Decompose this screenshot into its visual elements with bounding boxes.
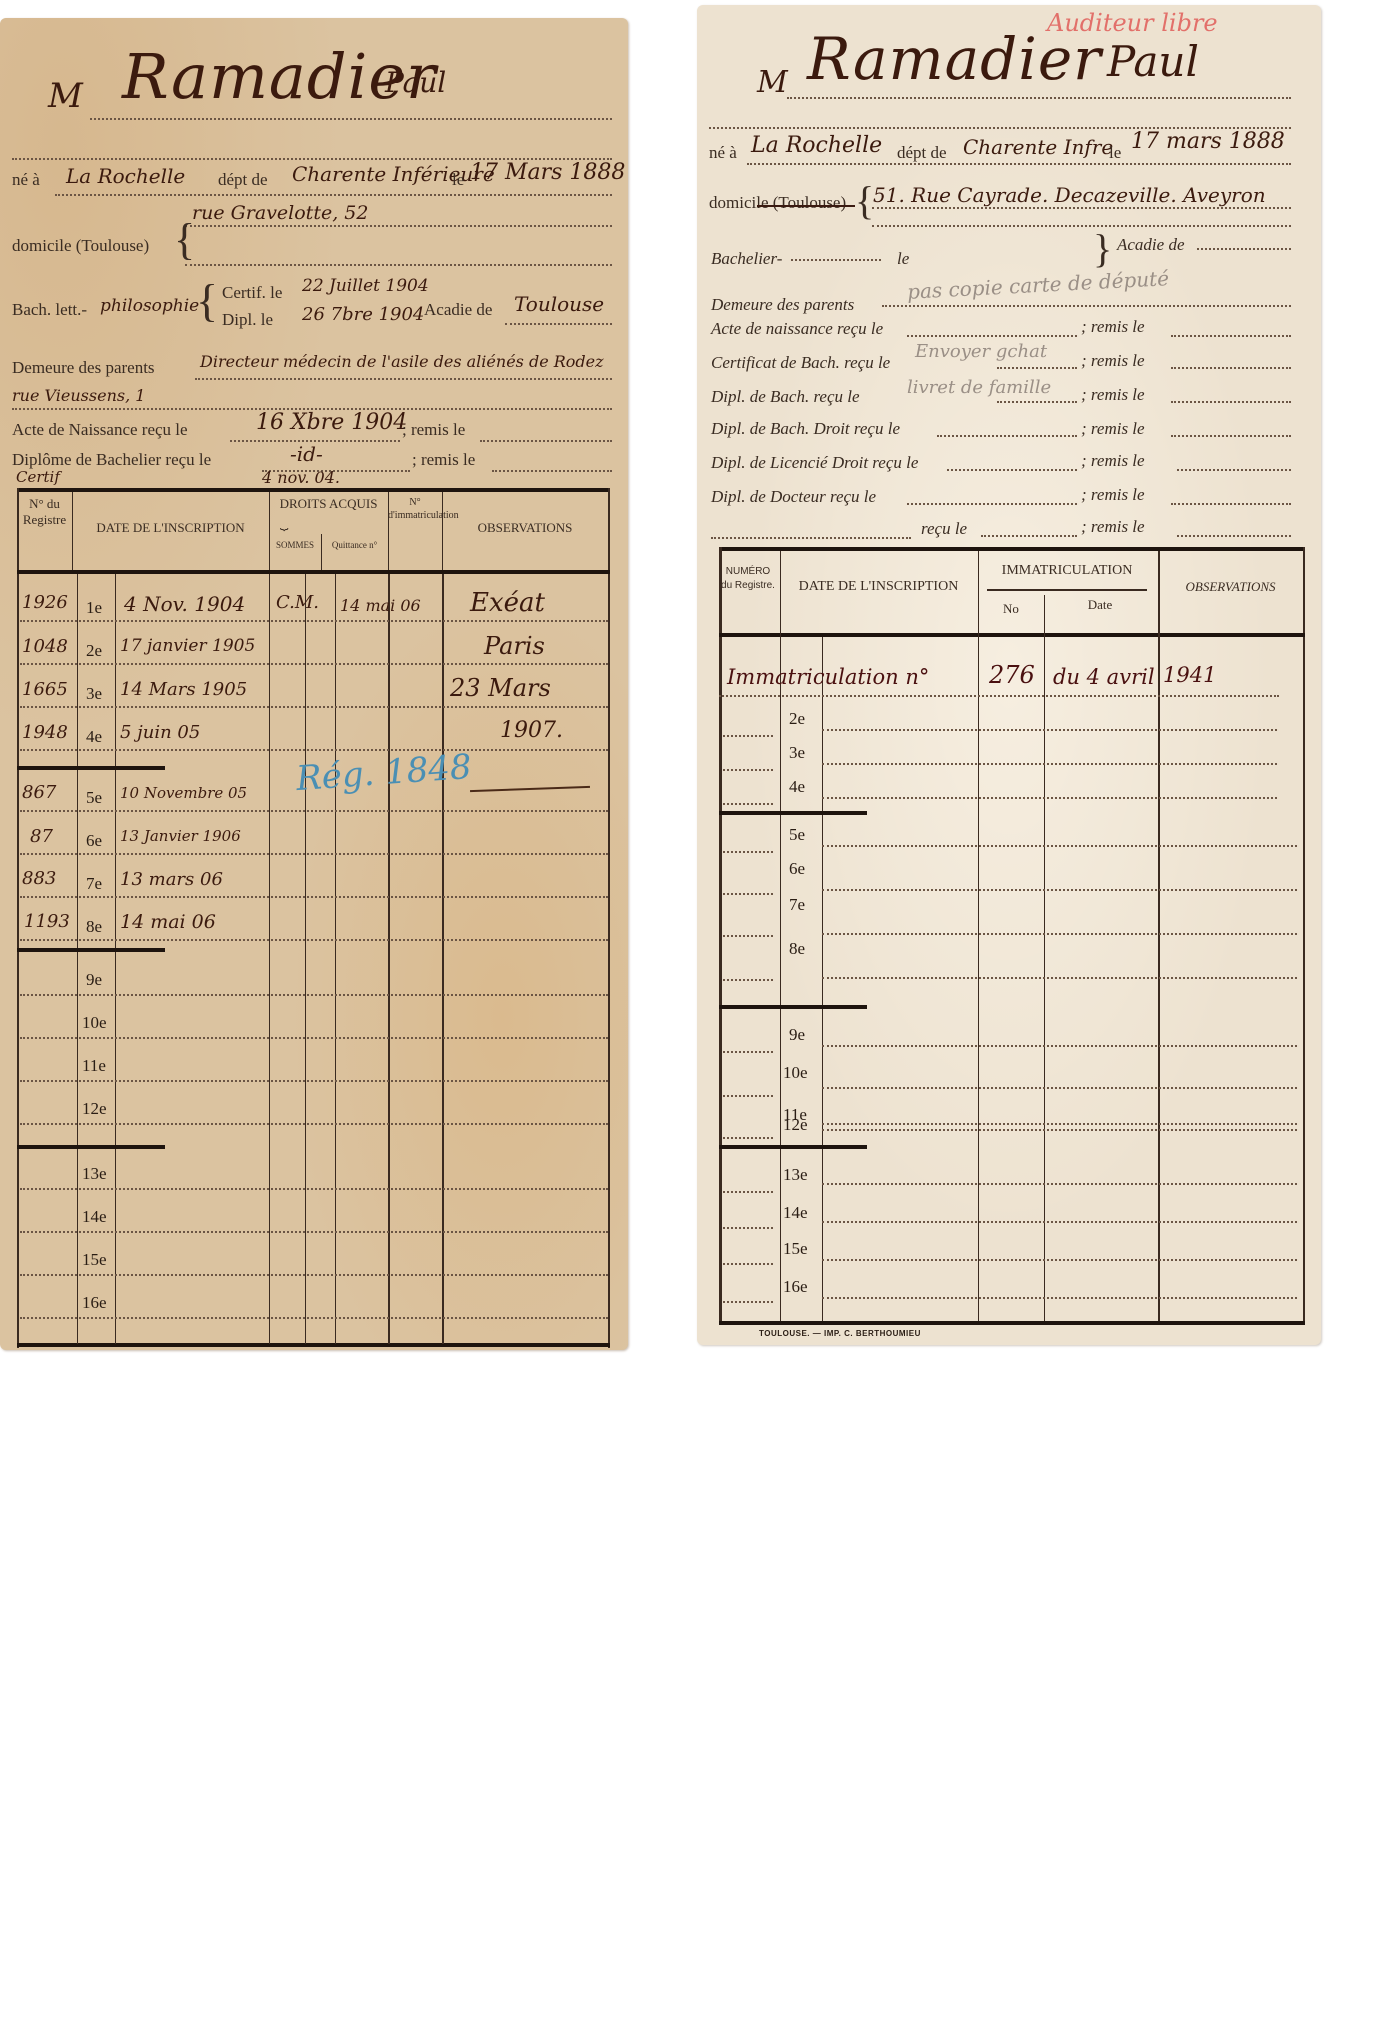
domicile-value: 51. Rue Cayrade. Decazeville. Aveyron [873, 183, 1266, 207]
registre-cell: 1193 [24, 911, 70, 932]
rank-cell: 14e [82, 1207, 107, 1227]
immatriculation-entry: Immatriculation n° [727, 665, 929, 689]
academie-value: Toulouse [514, 292, 604, 316]
rank-cell: 5e [86, 788, 102, 808]
rank-cell: 7e [789, 895, 805, 915]
parents-label: Demeure des parents [12, 358, 155, 378]
rank-cell: 11e [82, 1056, 106, 1076]
acte-remis-label: ; remis le [402, 420, 465, 440]
field-remis: ; remis le [1081, 385, 1145, 405]
immatriculation-number: 276 [989, 661, 1035, 689]
squiggle-mark [470, 786, 590, 792]
dept-label: dépt de [897, 143, 947, 163]
rank-cell: 16e [783, 1277, 808, 1297]
sommes-cell: C.M. [276, 592, 319, 613]
born-label: né à [12, 170, 40, 190]
field-label: reçu le [921, 519, 967, 539]
observation-line: 23 Mars [450, 674, 551, 702]
acte-value: 16 Xbre 1904 [256, 410, 407, 435]
field-remis: ; remis le [1081, 317, 1145, 337]
academie-label: Acadie de [424, 300, 492, 320]
header-immat: N° d'immatriculation [388, 496, 442, 522]
rank-cell: 13e [783, 1165, 808, 1185]
domicile-label: domicile (Toulouse) [709, 193, 846, 213]
diplome-value: -id- [290, 442, 323, 466]
rank-cell: 14e [783, 1203, 808, 1223]
registre-cell: 1665 [22, 679, 68, 700]
rank-cell: 1e [86, 598, 102, 618]
diplome-remis-label: ; remis le [412, 450, 475, 470]
field-label: Dipl. de Docteur reçu le [711, 487, 876, 507]
header-immat: IMMATRICULATION [978, 563, 1156, 579]
date-cell: 4 Nov. 1904 [124, 592, 245, 616]
brace-icon: { [196, 274, 218, 327]
field-label: Dipl. de Bach. reçu le [711, 387, 860, 407]
domicile-label: domicile (Toulouse) [12, 236, 149, 256]
faint-pencil-annotation: pas copie carte de député [907, 266, 1170, 304]
registre-cell: 867 [22, 782, 56, 803]
rank-cell: 13e [82, 1164, 107, 1184]
rank-cell: 16e [82, 1293, 107, 1313]
rank-cell: 12e [82, 1099, 107, 1119]
registre-cell: 1926 [22, 592, 68, 613]
rank-cell: 9e [789, 1025, 805, 1045]
field-label: Certificat de Bach. reçu le [711, 353, 890, 373]
date-cell: 14 mai 06 [120, 911, 216, 933]
rank-cell: 4e [789, 777, 805, 797]
printer-imprint: TOULOUSE. — IMP. C. BERTHOUMIEU [759, 1329, 921, 1338]
quittance-cell: 14 mai 06 [340, 596, 421, 615]
rank-cell: 2e [86, 641, 102, 661]
certif-value: 22 Juillet 1904 [302, 276, 429, 296]
firstname: Paul [385, 66, 446, 99]
brace-icon: } [1093, 225, 1112, 272]
rank-cell: 8e [86, 917, 102, 937]
born-label: né à [709, 143, 737, 163]
header-registre: NUMÉRO du Registre. [719, 565, 777, 593]
domicile-value: rue Gravelotte, 52 [192, 202, 368, 224]
registre-cell: 883 [22, 868, 56, 889]
field-label: Dipl. de Bach. Droit reçu le [711, 419, 900, 439]
academie-label: Acadie de [1117, 235, 1185, 255]
date-cell: 13 mars 06 [120, 869, 223, 890]
immatriculation-date: du 4 avril [1053, 665, 1155, 689]
observation-line: Exéat [470, 588, 545, 618]
rank-cell: 15e [783, 1239, 808, 1259]
rank-cell: 15e [82, 1250, 107, 1270]
certif-note: Certif [16, 468, 60, 486]
born-place: La Rochelle [66, 164, 185, 188]
strikethrough-mark [757, 205, 855, 207]
dipl-value: 26 7bre 1904 [302, 304, 424, 325]
title-prefix: M [48, 76, 83, 116]
date-label: le [452, 170, 464, 190]
registre-cell: 1048 [22, 636, 68, 657]
surname: Ramadier [807, 25, 1102, 93]
bachelier-label: Bachelier- [711, 249, 782, 269]
rank-cell: 10e [82, 1013, 107, 1033]
bachelier-le-label: le [897, 249, 909, 269]
birth-date: 17 Mars 1888 [470, 160, 625, 185]
rank-cell: 8e [789, 939, 805, 959]
certif-label: Certif. le [222, 283, 282, 303]
immatriculation-year: 1941 [1163, 663, 1216, 687]
diplome-note: 4 nov. 04. [262, 468, 340, 487]
rank-cell: 3e [86, 684, 102, 704]
birth-date: 17 mars 1888 [1131, 129, 1285, 154]
rank-cell: 12e [783, 1115, 808, 1135]
dept-label: dépt de [218, 170, 268, 190]
brace-icon: { [855, 177, 874, 224]
date-cell: 5 juin 05 [120, 722, 200, 743]
date-cell: 13 Janvier 1906 [120, 827, 241, 845]
header-date: DATE DE L'INSCRIPTION [780, 579, 977, 595]
diplome-label: Diplôme de Bachelier reçu le [12, 450, 211, 470]
header-sommes: SOMMES [269, 540, 321, 550]
rank-cell: 5e [789, 825, 805, 845]
date-label: le [1109, 143, 1121, 163]
bach-label: Bach. lett.- [12, 300, 87, 320]
field-remis: ; remis le [1081, 485, 1145, 505]
right-registration-card: Auditeur libre M Ramadier Paul né à La R… [697, 5, 1321, 1345]
parents-label: Demeure des parents [711, 295, 854, 315]
header-quittance: Quittance n° [321, 540, 388, 550]
immat-brace-line [987, 589, 1147, 591]
bach-value: philosophie [100, 296, 199, 316]
field-label: Acte de naissance reçu le [711, 319, 883, 339]
left-registration-card: M Ramadier Paul né à La Rochelle dépt de… [0, 18, 628, 1350]
rank-cell: 10e [783, 1063, 808, 1083]
acte-label: Acte de Naissance reçu le [12, 420, 188, 440]
header-droits: DROITS ACQUIS [269, 496, 388, 512]
registre-cell: 1948 [22, 722, 68, 743]
dipl-label: Dipl. le [222, 310, 273, 330]
header-no: No [978, 601, 1044, 617]
registre-cell: 87 [30, 826, 53, 847]
header-registre: N° du Registre [17, 496, 72, 528]
born-place: La Rochelle [751, 133, 882, 158]
blue-annotation: Rég. 1848 [295, 747, 473, 799]
header-observations: OBSERVATIONS [1158, 579, 1303, 595]
field-label: Dipl. de Licencié Droit reçu le [711, 453, 918, 473]
field-remis: ; remis le [1081, 419, 1145, 439]
observation-line: 1907. [500, 718, 563, 743]
dept-value: Charente Infre [963, 135, 1113, 159]
faint-pencil-annotation: livret de famille [907, 377, 1051, 398]
field-remis: ; remis le [1081, 517, 1145, 537]
field-remis: ; remis le [1081, 451, 1145, 471]
rank-cell: 3e [789, 743, 805, 763]
parents-value-2: rue Vieussens, 1 [12, 386, 145, 405]
dept-value: Charente Inférieure [292, 162, 495, 186]
firstname: Paul [1107, 37, 1199, 86]
title-prefix: M [757, 65, 788, 100]
parents-value-1: Directeur médecin de l'asile des aliénés… [200, 352, 604, 371]
rank-cell: 7e [86, 874, 102, 894]
faint-pencil-annotation: Envoyer gchat [915, 341, 1047, 362]
rank-cell: 9e [86, 970, 102, 990]
field-remis: ; remis le [1081, 351, 1145, 371]
rank-cell: 4e [86, 727, 102, 747]
header-date-sub: Date [1044, 597, 1156, 613]
rank-cell: 2e [789, 709, 805, 729]
brace-under-icon: ⏟ [280, 516, 288, 532]
date-cell: 10 Novembre 05 [120, 784, 247, 802]
date-cell: 14 Mars 1905 [120, 679, 247, 700]
rank-cell: 6e [86, 831, 102, 851]
brace-icon: { [174, 214, 195, 265]
header-date: DATE DE L'INSCRIPTION [72, 520, 269, 536]
observation-line: Paris [484, 632, 545, 660]
rank-cell: 6e [789, 859, 805, 879]
date-cell: 17 janvier 1905 [120, 636, 255, 656]
header-observations: OBSERVATIONS [442, 520, 608, 536]
